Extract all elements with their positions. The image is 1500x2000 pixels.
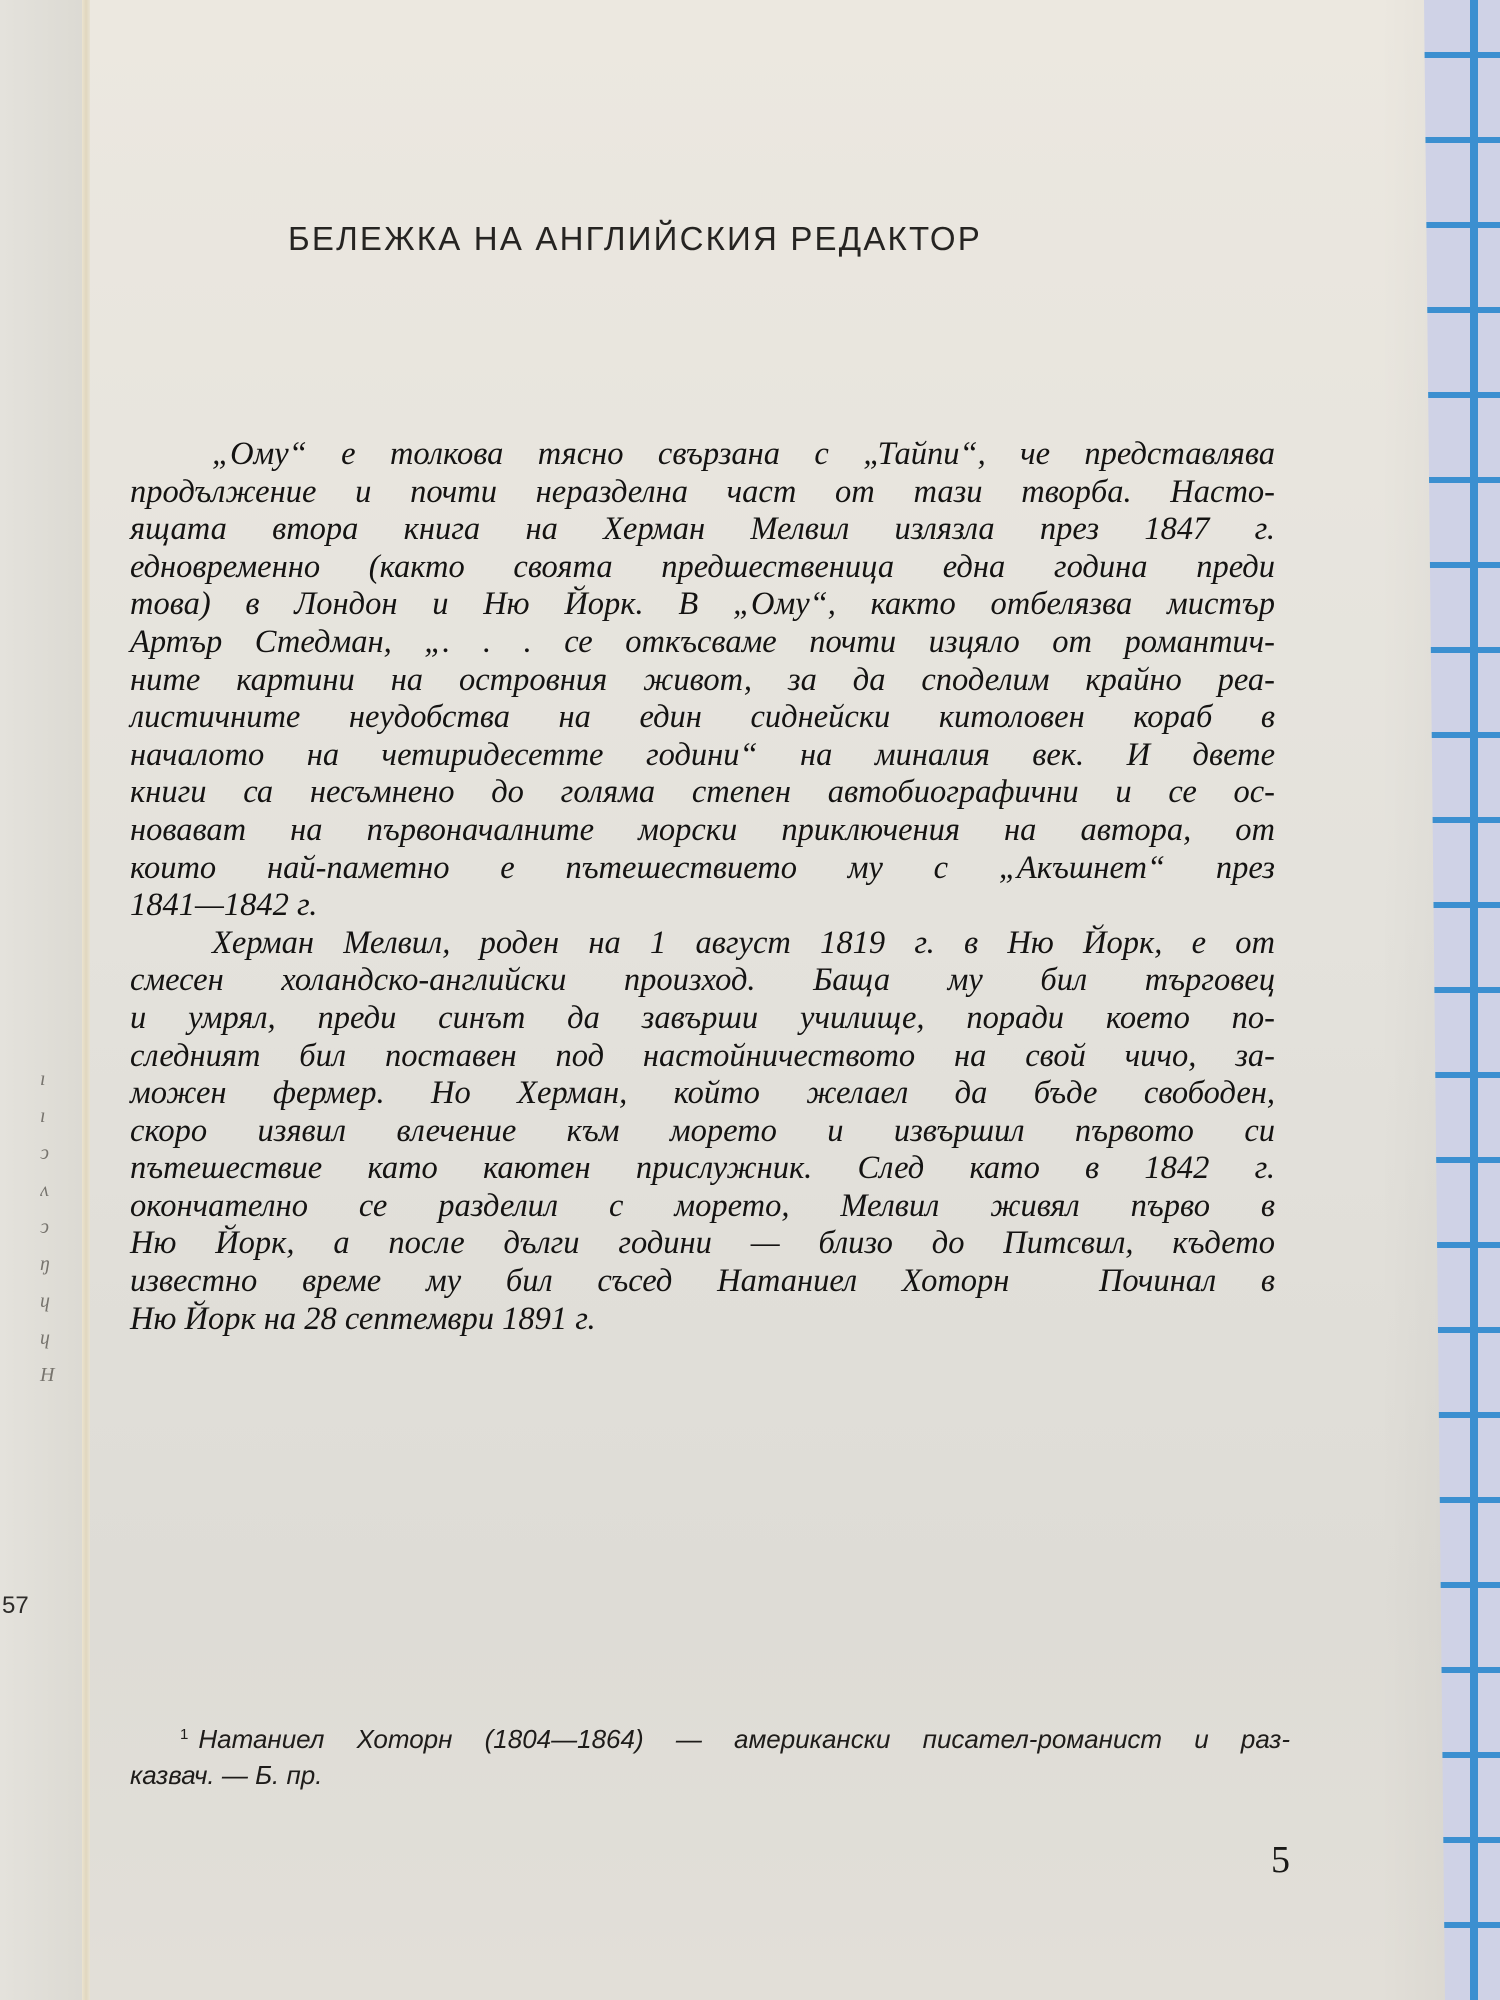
text-line: началото на четиридесетте години“ на мин…	[130, 737, 1275, 775]
text-line: ящата втора книга на Херман Мелвил изляз…	[130, 511, 1275, 549]
footnote-line: 1Натаниел Хоторн (1804—1864) — американс…	[130, 1715, 1290, 1755]
page-title: БЕЛЕЖКА НА АНГЛИЙСКИЯ РЕДАКТОР	[0, 220, 1500, 258]
footnote-line: казвач. — Б. пр.	[130, 1755, 1290, 1795]
text-line: 1841—1842 г.	[130, 887, 1275, 925]
text-line: които най-паметно е пътешествието му с „…	[130, 850, 1275, 888]
text-line: и умрял, преди синът да завърши училище,…	[130, 1000, 1275, 1038]
facing-page-glyph: ɥ	[40, 1290, 50, 1313]
footnote-marker: 1	[180, 1726, 188, 1743]
facing-page-glyph: ı	[40, 1105, 46, 1128]
footnote: 1Натаниел Хоторн (1804—1864) — американс…	[130, 1715, 1290, 1795]
text-line: следният бил поставен под настойничество…	[130, 1038, 1275, 1076]
facing-page-glyph: ↄ	[40, 1216, 49, 1239]
text-line: Ню Йорк, а после дълги години — близо до…	[130, 1225, 1275, 1263]
facing-page-edge: ııↄʌↄŋɥɥН 57	[0, 0, 82, 2000]
text-line: известно време му бил съсед Натаниел Хот…	[130, 1263, 1275, 1301]
text-line: едновременно (както своята предшествениц…	[130, 549, 1275, 587]
text-line: Артър Стедман, „. . . се откъсваме почти…	[130, 624, 1275, 662]
text-line: скоро изявил влечение към морето и извър…	[130, 1113, 1275, 1151]
paragraph-intro: „Ому“ е толкова тясно свързана с „Тайпи“…	[130, 436, 1275, 925]
facing-page-glyph: ŋ	[40, 1253, 50, 1276]
paragraph-biography: Херман Мелвил, роден на 1 август 1819 г.…	[130, 925, 1275, 1339]
text-line: можен фермер. Но Херман, който желаел да…	[130, 1075, 1275, 1113]
facing-page-glyph: Н	[40, 1364, 54, 1387]
text-line: продължение и почти неразделна част от т…	[130, 474, 1275, 512]
text-line: листичните неудобства на един сиднейски …	[130, 699, 1275, 737]
page-number: 5	[1271, 1838, 1290, 1882]
text-line: книги са несъмнено до голяма степен авто…	[130, 774, 1275, 812]
text-line: смесен холандско-английски произход. Бащ…	[130, 962, 1275, 1000]
text-line: това) в Лондон и Ню Йорк. В „Ому“, както…	[130, 586, 1275, 624]
spine-fold	[82, 0, 90, 2000]
text-line: ните картини на островния живот, за да с…	[130, 662, 1275, 700]
facing-page-glyph: ʌ	[40, 1179, 49, 1202]
text-line: Ню Йорк на 28 септември 1891 г.	[130, 1301, 1275, 1339]
facing-page-number: 57	[2, 1592, 29, 1620]
body-text: „Ому“ е толкова тясно свързана с „Тайпи“…	[130, 436, 1275, 1338]
text-line: пътешествие като каютен прислужник. След…	[130, 1150, 1275, 1188]
book-page: ııↄʌↄŋɥɥН 57 БЕЛЕЖКА НА АНГЛИЙСКИЯ РЕДАК…	[0, 0, 1500, 2000]
facing-page-glyph: ı	[40, 1068, 46, 1091]
facing-page-glyph: ↄ	[40, 1142, 49, 1165]
text-line: окончателно се разделил с морето, Мелвил…	[130, 1188, 1275, 1226]
text-line: Херман Мелвил, роден на 1 август 1819 г.…	[130, 925, 1275, 963]
text-line: „Ому“ е толкова тясно свързана с „Тайпи“…	[130, 436, 1275, 474]
facing-page-glyph: ɥ	[40, 1327, 50, 1350]
text-line: новават на първоначалните морски приключ…	[130, 812, 1275, 850]
